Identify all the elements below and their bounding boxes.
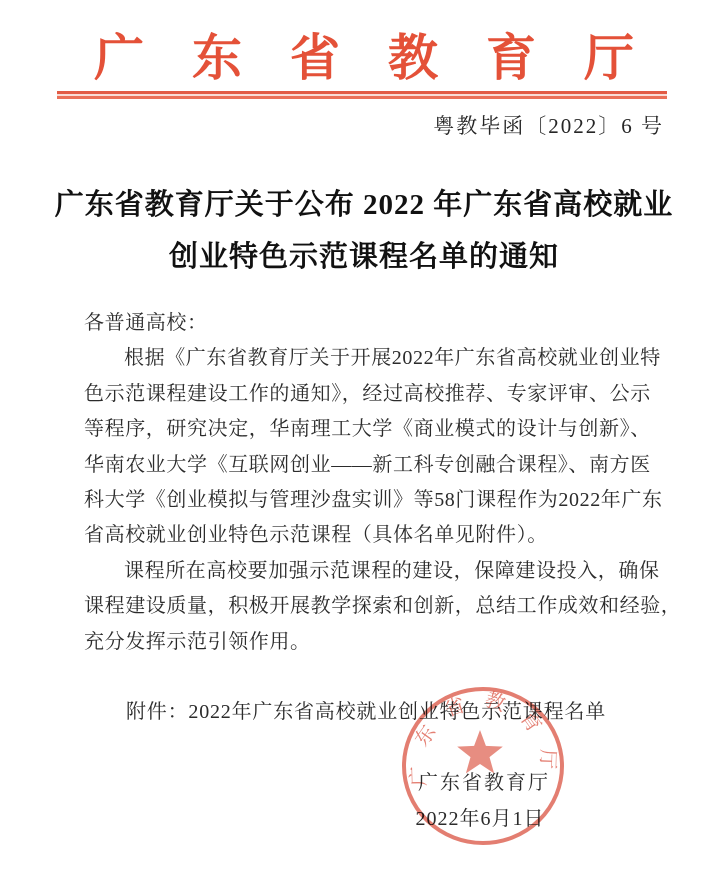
notice-title: 广东省教育厅关于公布 2022 年广东省高校就业 创业特色示范课程名单的通知 [0,179,728,283]
official-document-page: 广东省教育厅 粤教毕函〔2022〕6 号 广东省教育厅关于公布 2022 年广东… [0,0,728,871]
paragraph-1-line: 色示范课程建设工作的通知》，经过高校推荐、专家评审、公示 [84,377,656,412]
issue-date: 2022年6月1日 [416,802,545,831]
paragraph-1-line: 等程序，研究决定，华南理工大学《商业模式的设计与创新》、 [84,412,656,447]
red-separator-line [57,91,667,99]
paragraph-1-line: 根据《广东省教育厅关于开展2022年广东省高校就业创业特 [84,341,656,376]
doc-number: 粤教毕函〔2022〕6 号 [433,110,664,140]
attachment-note: 附件：2022年广东省高校就业创业特色示范课程名单 [84,695,606,724]
agency-header-text: 广东省教育厅 [94,30,682,86]
notice-title-line1: 广东省教育厅关于公布 2022 年广东省高校就业 [0,179,728,231]
paragraph-1-line: 华南农业大学《互联网创业——新工科专创融合课程》、南方医 [84,448,656,483]
issuer-signature: 广东省教育厅 [418,766,550,795]
paragraph-2-line: 充分发挥示范引领作用。 [84,625,656,660]
agency-header: 广东省教育厅 [0,30,728,86]
paragraph-2-line: 课程建设质量，积极开展教学探索和创新，总结工作成效和经验， [84,589,656,624]
notice-title-line2: 创业特色示范课程名单的通知 [0,231,728,283]
salutation: 各普通高校： [84,306,656,341]
paragraph-2-line: 课程所在高校要加强示范课程的建设，保障建设投入，确保 [84,554,656,589]
notice-body: 各普通高校： 根据《广东省教育厅关于开展2022年广东省高校就业创业特 色示范课… [84,306,656,660]
paragraph-1-line: 省高校就业创业特色示范课程（具体名单见附件）。 [84,518,656,553]
paragraph-1-line: 科大学《创业模拟与管理沙盘实训》等58门课程作为2022年广东 [84,483,656,518]
